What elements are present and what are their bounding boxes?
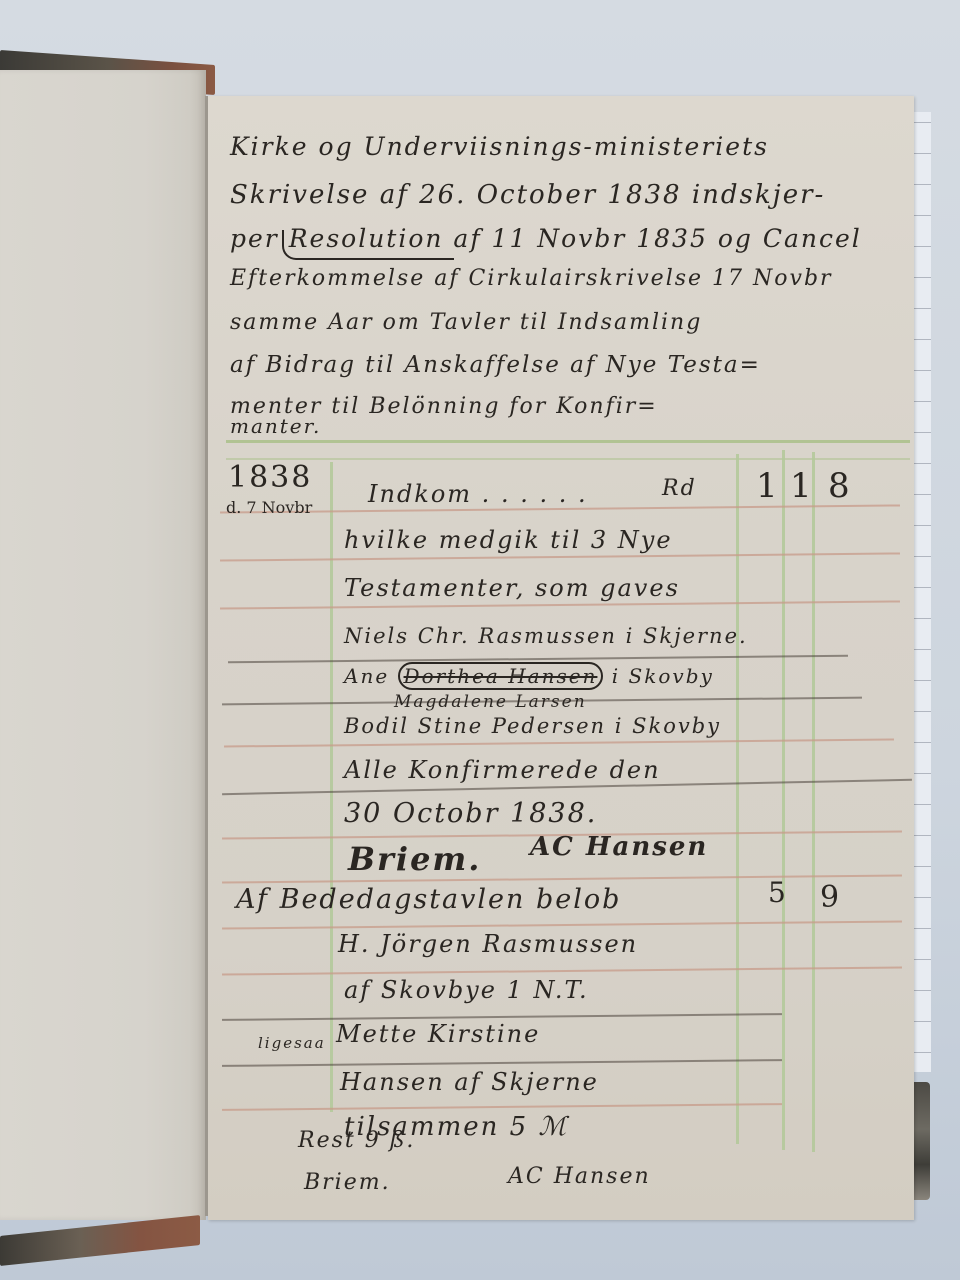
resolution-bracket-mark (282, 230, 454, 260)
ruled-line (222, 966, 902, 975)
left-blank-page (0, 70, 206, 1220)
second-entry-line: H. Jörgen Rasmussen (338, 930, 638, 958)
page-gutter (205, 96, 208, 1216)
signature-briem-final: Briem. (304, 1170, 391, 1195)
struck-name: Dorthea Hansen (398, 662, 604, 690)
ledger-page: Kirke og Underviisnings-ministeriets Skr… (208, 96, 914, 1220)
entry-line: Testamenter, som gaves (344, 574, 680, 602)
entry-line: Niels Chr. Rasmussen i Skjerne. (344, 624, 748, 648)
ledger-year: 1838 (228, 460, 312, 495)
amount-rd: 1 (756, 466, 780, 506)
ruled-line (222, 920, 902, 929)
book-cover-edge-bottom (0, 1215, 200, 1266)
signature-hansen-final: AC Hansen (508, 1164, 651, 1189)
rest-line: Rest 9 ß. (298, 1128, 415, 1153)
heading-line: Kirke og Underviisnings-ministeriets (230, 132, 769, 161)
heading-line: af Bidrag til Anskaffelse af Nye Testa= (230, 352, 761, 378)
entry-place: i Skovby (603, 664, 713, 688)
ledger-date: d. 7 Novbr (226, 498, 312, 517)
entry-line: Alle Konfirmerede den (344, 756, 661, 784)
margin-note: ligesaa (258, 1034, 326, 1052)
rd-column-line (736, 454, 739, 1144)
signature-hansen: AC Hansen (530, 832, 708, 862)
amount-mk: 1 (790, 466, 814, 506)
second-amount-mk: 5 (768, 876, 788, 909)
entry-line: 30 Octobr 1838. (344, 798, 597, 829)
heading-line: samme Aar om Tavler til Indsamling (230, 310, 702, 335)
ruled-line (224, 738, 894, 747)
green-header-rule (226, 440, 910, 443)
entry-line-corrected: Ane Dorthea Hansen i Skovby (344, 664, 714, 688)
entry-given-name: Ane (344, 664, 398, 688)
entry-line: Indkom . . . . . . (368, 480, 588, 508)
entry-line: hvilke medgik til 3 Nye (344, 526, 673, 554)
inserted-correction: Magdalene Larsen (394, 692, 587, 712)
ruled-line (222, 1059, 782, 1067)
second-entry-line: af Skovbye 1 N.T. (344, 976, 589, 1004)
sk-column-line (812, 452, 815, 1152)
second-entry-line: Mette Kirstine (336, 1020, 540, 1048)
currency-label-rd: Rd (662, 476, 697, 501)
amount-sk: 8 (828, 466, 852, 506)
second-entry-line: Hansen af Skjerne (340, 1068, 599, 1096)
book-spine-corner (912, 1082, 930, 1200)
ruled-line (222, 1103, 782, 1111)
second-entry-line: Af Bededagstavlen belob (236, 884, 621, 915)
signature-briem: Briem. (348, 840, 481, 878)
ruled-line (222, 874, 902, 883)
green-header-rule-2 (226, 458, 910, 460)
second-amount-sk: 9 (820, 880, 841, 915)
heading-line: Efterkommelse af Cirkulairskrivelse 17 N… (230, 266, 833, 291)
heading-line: manter. (230, 414, 321, 438)
entry-line: Bodil Stine Pedersen i Skovby (344, 714, 721, 738)
heading-line: Skrivelse af 26. October 1838 indskjer- (230, 180, 825, 210)
